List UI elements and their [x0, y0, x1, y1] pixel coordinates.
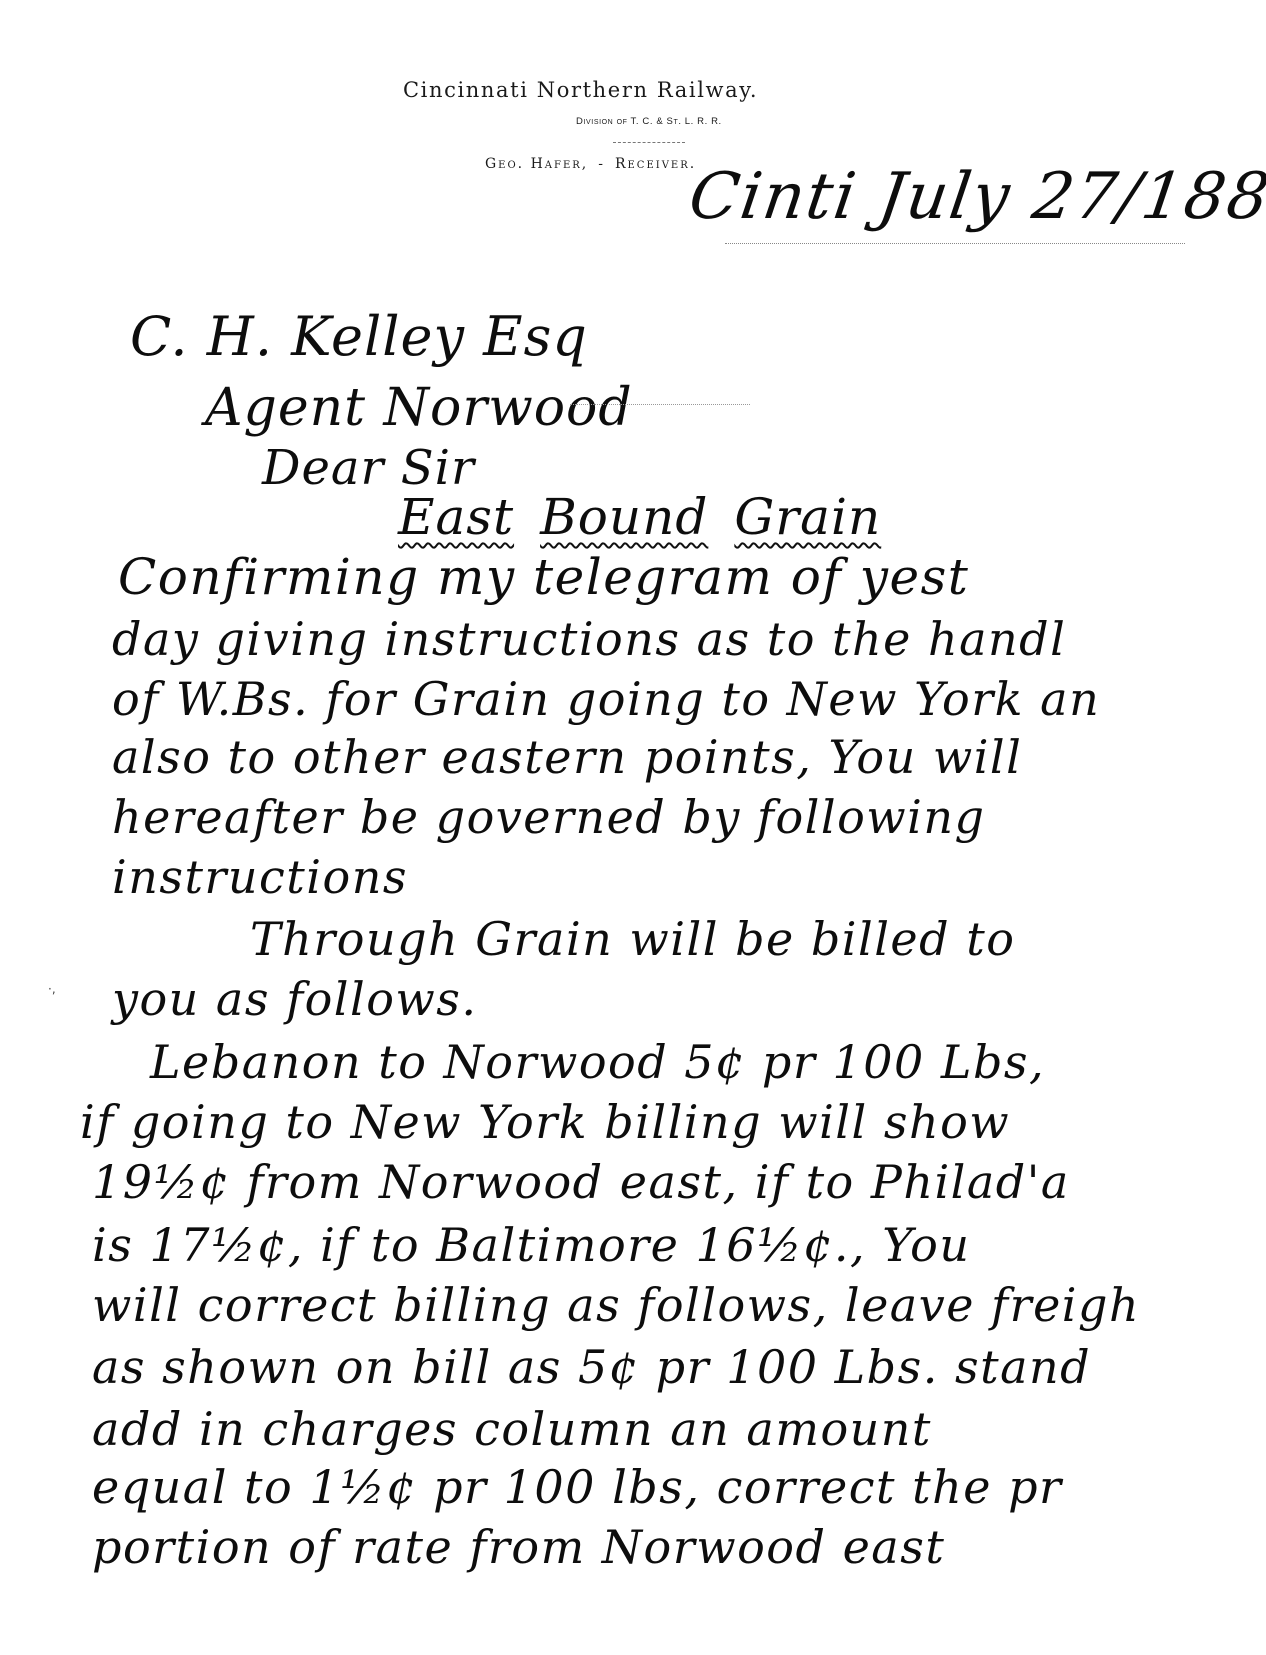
subject-word: Grain — [734, 488, 881, 546]
body-line: as shown on bill as 5¢ pr 100 Lbs. stand — [92, 1340, 1091, 1394]
body-line: is 17½¢, if to Baltimore 16½¢., You — [92, 1218, 970, 1272]
place-date: Cinti July 27/1884 — [685, 160, 1266, 234]
body-line: portion of rate from Norwood east — [92, 1520, 945, 1574]
stray-mark: ·, — [48, 982, 56, 996]
body-line: day giving instructions as to the handl — [112, 612, 1066, 666]
subject-word: East — [398, 488, 514, 546]
letterhead-company: Cincinnati Northern Railway. — [403, 78, 758, 102]
body-line: also to other eastern points, You will — [112, 730, 1022, 784]
body-line: Lebanon to Norwood 5¢ pr 100 Lbs, — [150, 1035, 1045, 1089]
body-line: will correct billing as follows, leave f… — [92, 1278, 1140, 1332]
letter-page: Cincinnati Northern Railway. Division of… — [0, 0, 1266, 1655]
body-line: Confirming my telegram of yest — [118, 548, 969, 606]
addressee-title: Agent Norwood — [205, 378, 633, 438]
body-line: Through Grain will be billed to — [250, 912, 1015, 966]
body-line: if going to New York billing will show — [80, 1095, 1010, 1149]
letterhead-divider — [613, 142, 685, 143]
body-line: instructions — [112, 850, 408, 904]
body-line: you as follows. — [112, 972, 478, 1026]
body-line: 19½¢ from Norwood east, if to Philad'a — [92, 1155, 1070, 1209]
officer-title: Receiver. — [615, 156, 696, 172]
body-line: add in charges column an amount — [92, 1402, 932, 1456]
address-rule — [570, 404, 750, 405]
officer-name: Geo. Hafer, — [485, 156, 588, 172]
date-rule — [725, 243, 1185, 244]
addressee: C. H. Kelley Esq — [130, 305, 588, 368]
letterhead-division: Division of T. C. & St. L. R. R. — [576, 116, 722, 127]
body-line: equal to 1½¢ pr 100 lbs, correct the pr — [92, 1460, 1063, 1514]
letterhead-officer: Geo. Hafer,-Receiver. — [485, 156, 696, 172]
subject-word: Bound — [540, 488, 708, 546]
body-line: hereafter be governed by following — [112, 790, 985, 844]
subject-line: EastBoundGrain — [398, 488, 907, 546]
body-line: of W.Bs. for Grain going to New York an — [112, 672, 1100, 726]
officer-separator: - — [598, 156, 605, 172]
